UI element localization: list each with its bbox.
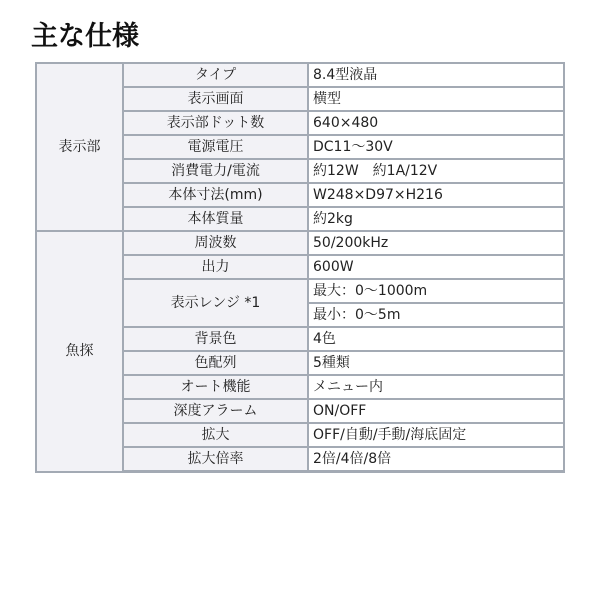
spec-label: 拡大 <box>123 423 308 447</box>
spec-table: 表示部 タイプ 8.4型液晶 表示画面 横型 表示部ドット数 640×480 電… <box>35 62 565 473</box>
spec-value: 2倍/4倍/8倍 <box>308 447 564 472</box>
spec-value: メニュー内 <box>308 375 564 399</box>
spec-label: 深度アラーム <box>123 399 308 423</box>
group-header-fishfinder: 魚探 <box>36 231 123 472</box>
spec-value: W248×D97×H216 <box>308 183 564 207</box>
spec-label: 出力 <box>123 255 308 279</box>
spec-value: 最小：0～5m <box>308 303 564 327</box>
spec-label: 表示レンジ *1 <box>123 279 308 327</box>
spec-value: 5種類 <box>308 351 564 375</box>
spec-label: 拡大倍率 <box>123 447 308 472</box>
spec-label: 背景色 <box>123 327 308 351</box>
spec-label: オート機能 <box>123 375 308 399</box>
spec-value: 4色 <box>308 327 564 351</box>
spec-label: 本体質量 <box>123 207 308 231</box>
spec-value: 600W <box>308 255 564 279</box>
group-header-display: 表示部 <box>36 63 123 231</box>
table-row: 表示部 タイプ 8.4型液晶 <box>36 63 564 87</box>
spec-value: 約12W 約1A/12V <box>308 159 564 183</box>
spec-label: 表示画面 <box>123 87 308 111</box>
spec-label: 周波数 <box>123 231 308 255</box>
table-row: 魚探 周波数 50/200kHz <box>36 231 564 255</box>
spec-label: 本体寸法(mm) <box>123 183 308 207</box>
spec-value: 640×480 <box>308 111 564 135</box>
spec-value: OFF/自動/手動/海底固定 <box>308 423 564 447</box>
spec-label: 消費電力/電流 <box>123 159 308 183</box>
spec-value: DC11～30V <box>308 135 564 159</box>
spec-label: 電源電圧 <box>123 135 308 159</box>
spec-value: 約2kg <box>308 207 564 231</box>
spec-label: タイプ <box>123 63 308 87</box>
spec-value: 最大：0～1000m <box>308 279 564 303</box>
spec-value: 8.4型液晶 <box>308 63 564 87</box>
spec-label: 表示部ドット数 <box>123 111 308 135</box>
spec-value: ON/OFF <box>308 399 564 423</box>
spec-value: 50/200kHz <box>308 231 564 255</box>
spec-value: 横型 <box>308 87 564 111</box>
spec-label: 色配列 <box>123 351 308 375</box>
page-title: 主な仕様 <box>31 19 139 55</box>
